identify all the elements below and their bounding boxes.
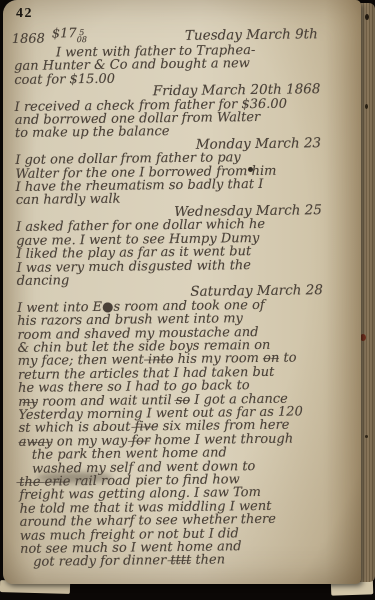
entry-date-heading: Tuesday March 9th [185,26,332,44]
page-edge-speck [365,104,368,109]
handwritten-line: got ready for dinner t̶t̶t̶t̶ then [18,552,338,569]
page-header-row: 1868 $17508 Tuesday March 9th [12,22,332,46]
ledger-note: 1868 $17508 [12,27,87,46]
page-number: 42 [16,6,33,22]
page-edge-speck [365,435,368,438]
year-note: 1868 [12,33,45,46]
page-edge-speck [365,14,369,20]
amount-note: $17508 [52,27,87,45]
diary-lines: I went with father to Traphea-gan Hunter… [12,43,338,570]
photo-backdrop: 42 1868 $17508 Tuesday March 9th I went … [0,0,375,600]
handwritten-text: 1868 $17508 Tuesday March 9th I went wit… [12,22,339,578]
diary-page: 42 1868 $17508 Tuesday March 9th I went … [3,0,361,584]
